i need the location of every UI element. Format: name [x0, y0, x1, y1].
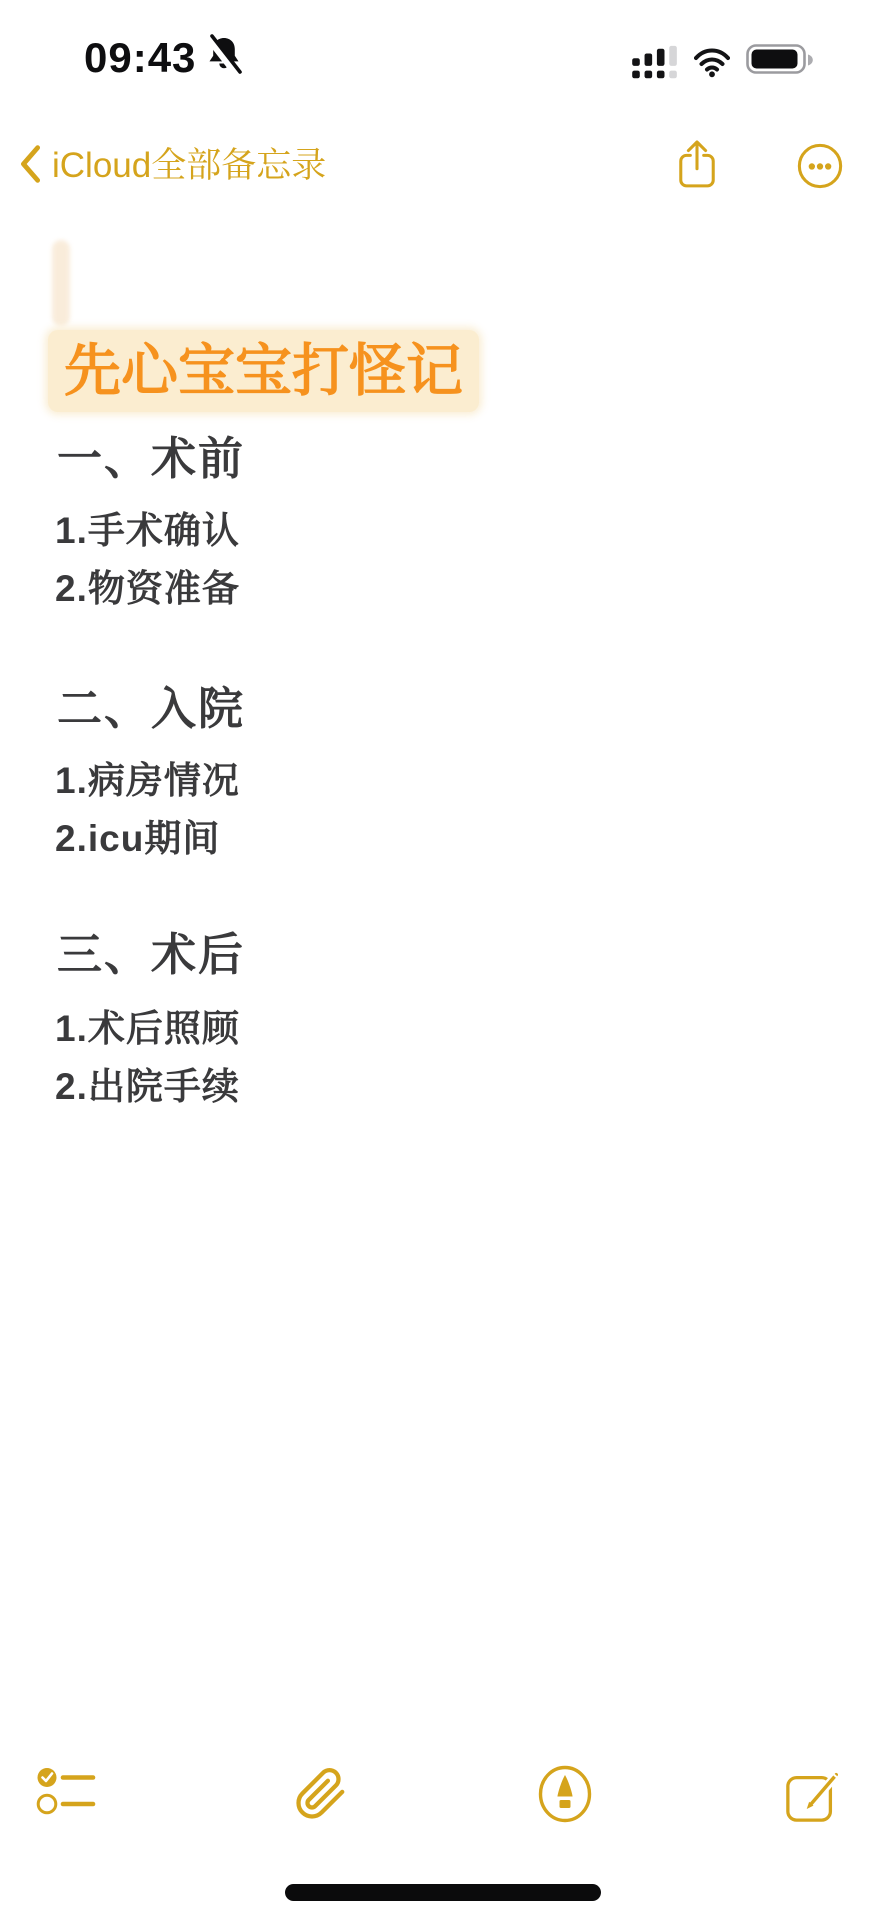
note-line[interactable]: 1.手术确认 [55, 500, 240, 554]
highlight-mark-empty-line [52, 240, 70, 326]
notifications-muted-icon [204, 33, 244, 82]
compose-icon[interactable] [784, 1766, 842, 1829]
status-time: 09:43 [84, 34, 196, 82]
section-heading[interactable]: 三、术后 [57, 918, 245, 983]
checklist-icon[interactable] [36, 1766, 98, 1823]
share-icon[interactable] [676, 134, 718, 197]
note-line[interactable]: 2.出院手续 [55, 1056, 240, 1110]
section-heading[interactable]: 一、术前 [57, 422, 245, 487]
back-button[interactable]: iCloud全部备忘录 [18, 138, 326, 194]
attachment-paperclip-icon[interactable] [294, 1762, 348, 1831]
notes-app-screen: 09:43 [0, 0, 886, 1920]
note-line[interactable]: 2.物资准备 [55, 558, 240, 612]
markup-pen-icon[interactable] [534, 1762, 596, 1831]
note-line[interactable]: 1.术后照顾 [55, 998, 240, 1052]
note-title[interactable]: 先心宝宝打怪记 [48, 330, 479, 412]
cellular-signal-dual-sim-icon [630, 44, 680, 87]
home-indicator[interactable] [285, 1884, 601, 1901]
note-line[interactable]: 1.病房情况 [55, 750, 240, 804]
section-heading[interactable]: 二、入院 [57, 672, 245, 737]
note-line[interactable]: 2.icu期间 [55, 808, 220, 862]
back-label: iCloud全部备忘录 [52, 138, 326, 194]
wifi-icon [694, 48, 730, 83]
bottom-toolbar [0, 1760, 886, 1830]
back-chevron-icon [18, 142, 42, 191]
more-ellipsis-icon[interactable] [796, 142, 844, 195]
battery-icon [746, 44, 814, 81]
